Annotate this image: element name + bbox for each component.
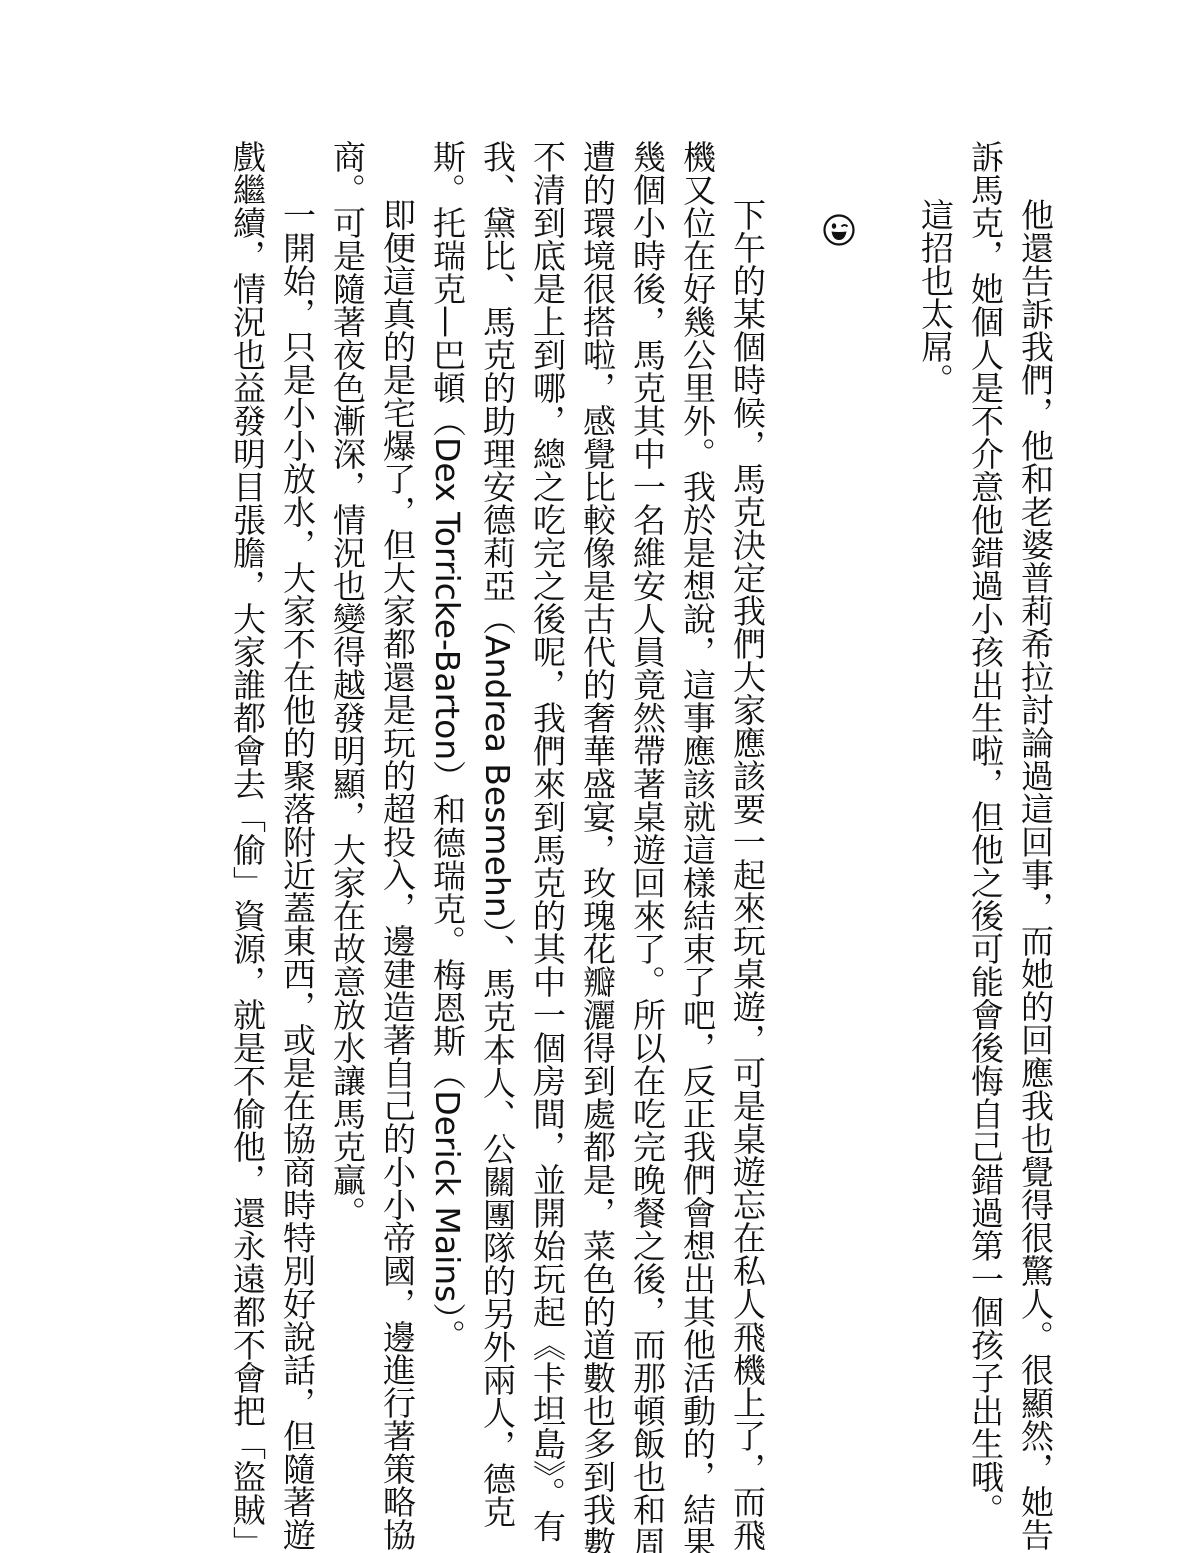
text-column: 訴馬克，她個人是不介意他錯過小孩出生啦，但他之後可能會後悔自己錯過第一個孩子出生… bbox=[965, 140, 1005, 1526]
book-page: 他還告訴我們，他和老婆普莉希拉討論過這回事，而她的回應我也覺得很驚人。很顯然，她… bbox=[0, 0, 1200, 1553]
text-column: 不清到底是上到哪，總之吃完之後呢，我們來到馬克的其中一個房間，並開始玩起《卡坦島… bbox=[527, 140, 567, 1543]
text-column: 下午的某個時候，馬克決定我們大家應該要一起來玩桌遊，可是桌遊忘在私人飛機上了，而… bbox=[727, 198, 767, 1551]
text-column: 機又位在好幾公里外。我於是想說，這事應該就這樣結束了吧，反正我們會想出其他活動的… bbox=[677, 140, 717, 1553]
text-column: 我、黛比、馬克的助理安德莉亞（Andrea Besmehn）、馬克本人、公關團隊… bbox=[477, 140, 517, 1528]
text-column: 這招也太屌。 bbox=[915, 198, 955, 396]
text-column: 一開始，只是小小放水，大家不在他的聚落附近蓋東西，或是在協商時特別好說話，但隨著… bbox=[277, 198, 317, 1551]
text-column: 即便這真的是宅爆了，但大家都還是玩的超投入，邊建造著自己的小小帝國，邊進行著策略… bbox=[377, 198, 417, 1551]
winking-face-icon bbox=[822, 213, 856, 247]
text-column: 商。可是隨著夜色漸深，情況也變得越發明顯，大家在故意放水讓馬克贏。 bbox=[327, 140, 367, 1229]
text-column: 斯。托瑞克—巴頓（Dex Torricke-Barton）和德瑞克。梅恩斯（De… bbox=[427, 140, 467, 1352]
text-column: 幾個小時後，馬克其中一名維安人員竟然帶著桌遊回來了。所以在吃完晚餐之後，而那頓飯… bbox=[627, 140, 667, 1553]
text-column: 戲繼續，情況也益發明目張膽，大家誰都會去「偷」資源，就是不偷他，還永遠都不會把「… bbox=[227, 140, 267, 1553]
text-column: 他還告訴我們，他和老婆普莉希拉討論過這回事，而她的回應我也覺得很驚人。很顯然，她… bbox=[1015, 198, 1055, 1551]
text-column: 遭的環境很搭啦，感覺比較像是古代的奢華盛宴，玫瑰花瓣灑得到處都是，菜色的道數也多… bbox=[577, 140, 617, 1553]
